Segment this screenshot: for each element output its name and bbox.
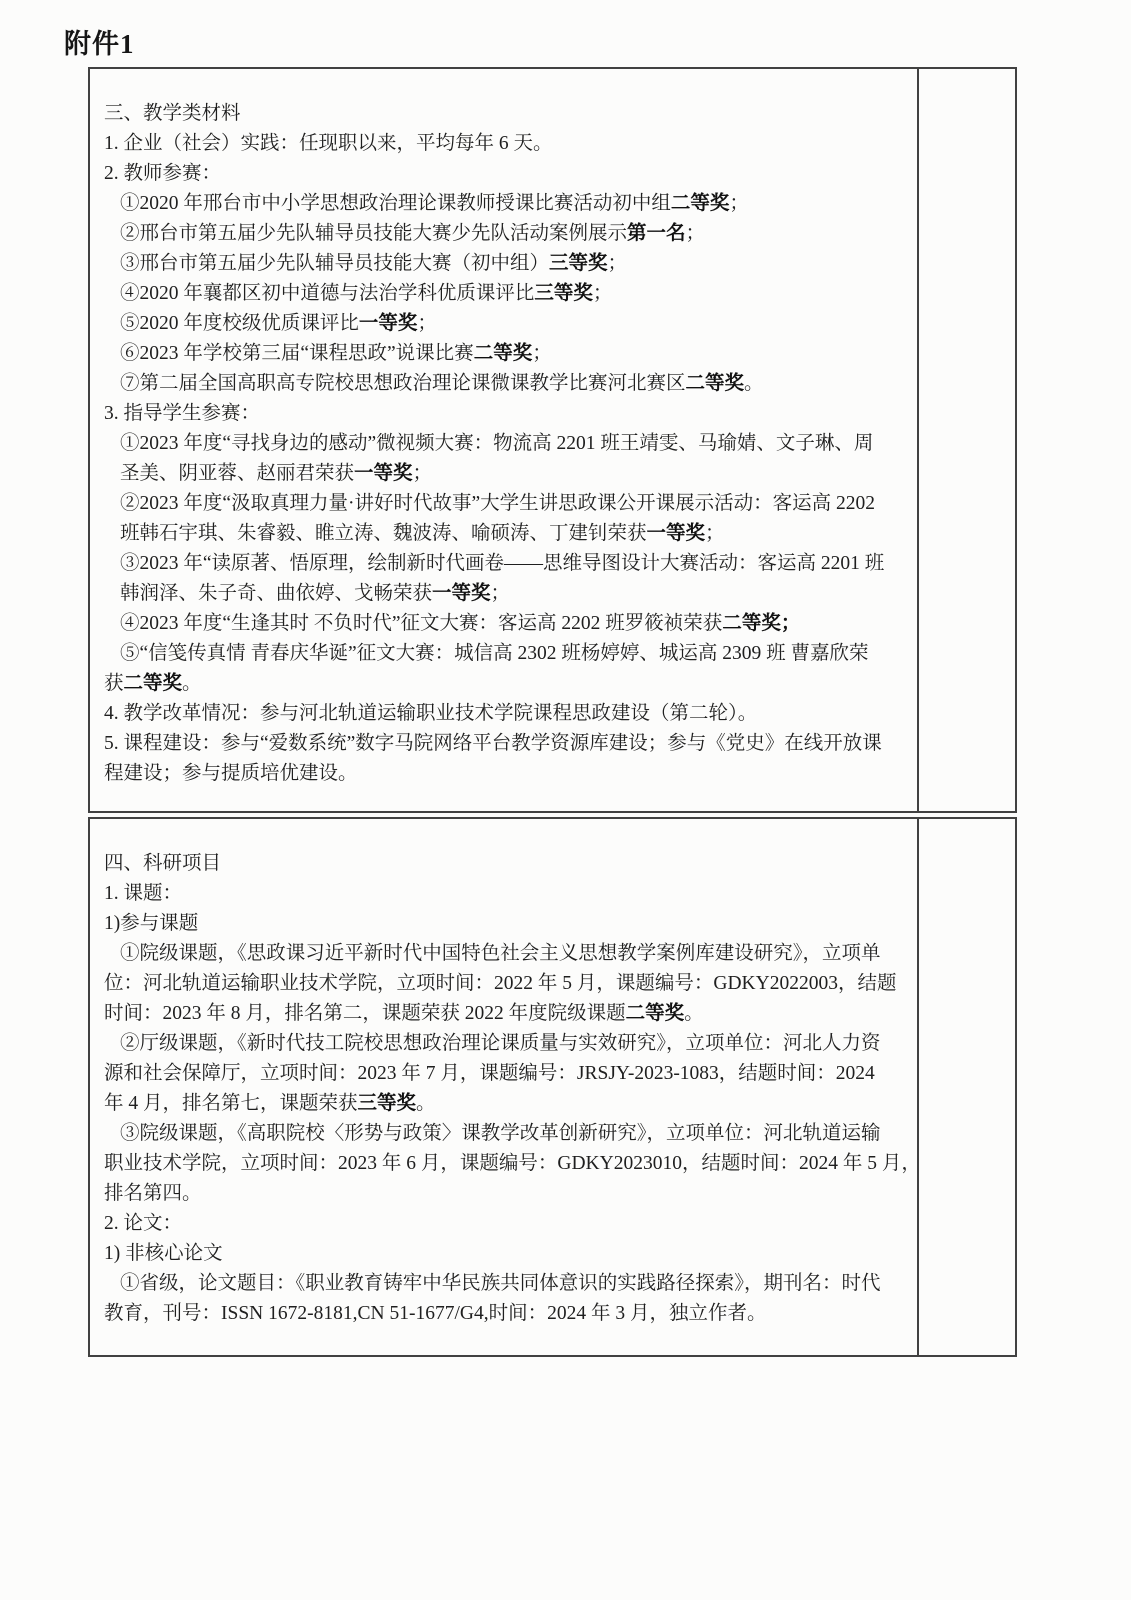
text-segment: 圣美、阴亚蓉、赵丽君荣获 (120, 463, 354, 484)
scanned-document-page: 附件1 三、教学类材料1. 企业（社会）实践：任现职以来，平均每年 6 天。2.… (0, 0, 1131, 1600)
text-line: 教育，刊号：ISSN 1672-8181,CN 51-1677/G4,时间：20… (104, 1299, 909, 1329)
text-segment: 1) 非核心论文 (104, 1243, 223, 1264)
text-segment: 年 4 月，排名第七，课题荣获 (104, 1093, 358, 1114)
text-segment: 4. 教学改革情况：参与河北轨道运输职业技术学院课程思政建设（第二轮）。 (104, 703, 757, 724)
text-line: 时间：2023 年 8 月，排名第二，课题荣获 2022 年度院级课题二等奖。 (104, 999, 909, 1029)
text-segment: 2. 论文： (104, 1213, 182, 1234)
award-text-segment: 二等奖 (474, 343, 533, 364)
text-line: 1. 企业（社会）实践：任现职以来，平均每年 6 天。 (104, 129, 909, 159)
text-segment: 四、科研项目 (104, 853, 221, 874)
award-text-segment: 一等奖 (354, 463, 413, 484)
text-line: 位：河北轨道运输职业技术学院，立项时间：2022 年 5 月，课题编号：GDKY… (104, 969, 909, 999)
text-line: ⑤“信笺传真情 青春庆华诞”征文大赛：城信高 2302 班杨婷婷、城运高 230… (104, 639, 909, 669)
text-line: 韩润泽、朱子奇、曲依婷、戈畅荣获一等奖； (104, 579, 909, 609)
text-segment: ； (608, 253, 628, 274)
text-line: 获二等奖。 (104, 669, 909, 699)
text-segment: 三、教学类材料 (104, 103, 241, 124)
text-segment: 班韩石宇琪、朱睿毅、睢立涛、魏波涛、喻硕涛、丁建钊荣获 (120, 523, 647, 544)
text-segment: 。 (416, 1093, 436, 1114)
text-line: 3. 指导学生参赛： (104, 399, 909, 429)
text-segment: ②厅级课题，《新时代技工院校思想政治理论课质量与实效研究》，立项单位：河北人力资 (120, 1033, 881, 1054)
text-line: 圣美、阴亚蓉、赵丽君荣获一等奖； (104, 459, 909, 489)
text-segment: 1. 企业（社会）实践：任现职以来，平均每年 6 天。 (104, 133, 553, 154)
award-text-segment: 二等奖； (722, 613, 800, 634)
text-segment: 源和社会保障厅，立项时间：2023 年 7 月，课题编号：JRSJY-2023-… (104, 1063, 875, 1084)
text-line: 1. 课题： (104, 879, 909, 909)
text-segment: 教育，刊号：ISSN 1672-8181,CN 51-1677/G4,时间：20… (104, 1303, 766, 1324)
text-segment: 1)参与课题 (104, 913, 198, 934)
text-segment: ； (413, 463, 433, 484)
text-segment: 职业技术学院，立项时间：2023 年 6 月，课题编号：GDKY2023010，… (104, 1153, 919, 1174)
text-line: ③院级课题，《高职院校〈形势与政策〉课教学改革创新研究》，立项单位：河北轨道运输 (104, 1119, 909, 1149)
text-segment: ； (729, 193, 749, 214)
award-text-segment: 三等奖 (358, 1093, 417, 1114)
text-segment: 5. 课程建设：参与“爱数系统”数字马院网络平台教学资源库建设；参与《党史》在线… (104, 733, 882, 754)
text-segment: 。 (182, 673, 202, 694)
text-segment: 2. 教师参赛： (104, 163, 221, 184)
award-text-segment: 一等奖 (647, 523, 706, 544)
text-line: ①院级课题，《思政课习近平新时代中国特色社会主义思想教学案例库建设研究》，立项单 (104, 939, 909, 969)
text-segment: 程建设；参与提质培优建设。 (104, 763, 358, 784)
text-segment: ①2020 年邢台市中小学思想政治理论课教师授课比赛活动初中组 (120, 193, 671, 214)
text-segment: 3. 指导学生参赛： (104, 403, 260, 424)
text-segment: ； (532, 343, 552, 364)
text-segment: ； (686, 223, 706, 244)
text-segment: ； (491, 583, 511, 604)
text-segment: ③2023 年“读原著、悟原理，绘制新时代画卷——思维导图设计大赛活动：客运高 … (120, 553, 884, 574)
award-text-segment: 第一名 (627, 223, 686, 244)
text-segment: ④2020 年襄都区初中道德与法治学科优质课评比 (120, 283, 534, 304)
text-line: 源和社会保障厅，立项时间：2023 年 7 月，课题编号：JRSJY-2023-… (104, 1059, 909, 1089)
attachment-title: 附件1 (64, 22, 135, 61)
text-line: ①2023 年度“寻找身边的感动”微视频大赛：物流高 2201 班王靖雯、马瑜婧… (104, 429, 909, 459)
text-line: ⑤2020 年度校级优质课评比一等奖； (104, 309, 909, 339)
award-text-segment: 一等奖 (432, 583, 491, 604)
text-line: 年 4 月，排名第七，课题荣获三等奖。 (104, 1089, 909, 1119)
award-text-segment: 二等奖 (626, 1003, 685, 1024)
text-segment: 获 (104, 673, 124, 694)
text-segment: 。 (744, 373, 764, 394)
text-segment: ； (417, 313, 437, 334)
text-line: ⑦第二届全国高职高专院校思想政治理论课微课教学比赛河北赛区二等奖。 (104, 369, 909, 399)
award-text-segment: 二等奖 (671, 193, 730, 214)
text-line: 2. 论文： (104, 1209, 909, 1239)
text-segment: 。 (684, 1003, 704, 1024)
text-segment: 排名第四。 (104, 1183, 202, 1204)
text-segment: ⑤“信笺传真情 青春庆华诞”征文大赛：城信高 2302 班杨婷婷、城运高 230… (120, 643, 869, 664)
text-segment: ④2023 年度“生逢其时 不负时代”征文大赛：客运高 2202 班罗筱祯荣获 (120, 613, 722, 634)
text-line: ②邢台市第五届少先队辅导员技能大赛少先队活动案例展示第一名； (104, 219, 909, 249)
text-segment: 时间：2023 年 8 月，排名第二，课题荣获 2022 年度院级课题 (104, 1003, 626, 1024)
text-segment: ； (705, 523, 725, 544)
text-segment: ②2023 年度“汲取真理力量·讲好时代故事”大学生讲思政课公开课展示活动：客运… (120, 493, 875, 514)
text-segment: ； (593, 283, 613, 304)
text-line: ⑥2023 年学校第三届“课程思政”说课比赛二等奖； (104, 339, 909, 369)
text-line: 职业技术学院，立项时间：2023 年 6 月，课题编号：GDKY2023010，… (104, 1149, 909, 1179)
research-projects-empty-side-cell (919, 819, 1015, 1355)
text-line: ①省级，论文题目：《职业教育铸牢中华民族共同体意识的实践路径探索》，期刊名：时代 (104, 1269, 909, 1299)
text-line: 三、教学类材料 (104, 99, 909, 129)
award-text-segment: 二等奖 (686, 373, 745, 394)
text-line: ②厅级课题，《新时代技工院校思想政治理论课质量与实效研究》，立项单位：河北人力资 (104, 1029, 909, 1059)
text-line: 5. 课程建设：参与“爱数系统”数字马院网络平台教学资源库建设；参与《党史》在线… (104, 729, 909, 759)
research-projects-content-cell: 四、科研项目1. 课题：1)参与课题①院级课题，《思政课习近平新时代中国特色社会… (90, 819, 919, 1355)
text-segment: ③院级课题，《高职院校〈形势与政策〉课教学改革创新研究》，立项单位：河北轨道运输 (120, 1123, 881, 1144)
text-line: ③2023 年“读原著、悟原理，绘制新时代画卷——思维导图设计大赛活动：客运高 … (104, 549, 909, 579)
text-segment: ①2023 年度“寻找身边的感动”微视频大赛：物流高 2201 班王靖雯、马瑜婧… (120, 433, 873, 454)
text-segment: ⑥2023 年学校第三届“课程思政”说课比赛 (120, 343, 474, 364)
text-line: 1) 非核心论文 (104, 1239, 909, 1269)
teaching-materials-table: 三、教学类材料1. 企业（社会）实践：任现职以来，平均每年 6 天。2. 教师参… (88, 67, 1017, 813)
text-line: ④2023 年度“生逢其时 不负时代”征文大赛：客运高 2202 班罗筱祯荣获二… (104, 609, 909, 639)
text-segment: ⑦第二届全国高职高专院校思想政治理论课微课教学比赛河北赛区 (120, 373, 686, 394)
award-text-segment: 三等奖 (534, 283, 593, 304)
research-projects-table: 四、科研项目1. 课题：1)参与课题①院级课题，《思政课习近平新时代中国特色社会… (88, 817, 1017, 1357)
text-line: 1)参与课题 (104, 909, 909, 939)
text-line: ④2020 年襄都区初中道德与法治学科优质课评比三等奖； (104, 279, 909, 309)
text-segment: 韩润泽、朱子奇、曲依婷、戈畅荣获 (120, 583, 432, 604)
award-text-segment: 三等奖 (549, 253, 608, 274)
teaching-materials-empty-side-cell (919, 69, 1015, 811)
text-segment: 1. 课题： (104, 883, 182, 904)
text-line: 4. 教学改革情况：参与河北轨道运输职业技术学院课程思政建设（第二轮）。 (104, 699, 909, 729)
text-segment: 位：河北轨道运输职业技术学院，立项时间：2022 年 5 月，课题编号：GDKY… (104, 973, 896, 994)
text-line: ①2020 年邢台市中小学思想政治理论课教师授课比赛活动初中组二等奖； (104, 189, 909, 219)
award-text-segment: 二等奖 (124, 673, 183, 694)
award-text-segment: 一等奖 (359, 313, 418, 334)
text-line: 四、科研项目 (104, 849, 909, 879)
text-line: ②2023 年度“汲取真理力量·讲好时代故事”大学生讲思政课公开课展示活动：客运… (104, 489, 909, 519)
text-line: ③邢台市第五届少先队辅导员技能大赛（初中组）三等奖； (104, 249, 909, 279)
text-line: 2. 教师参赛： (104, 159, 909, 189)
text-segment: ①院级课题，《思政课习近平新时代中国特色社会主义思想教学案例库建设研究》，立项单 (120, 943, 881, 964)
text-line: 班韩石宇琪、朱睿毅、睢立涛、魏波涛、喻硕涛、丁建钊荣获一等奖； (104, 519, 909, 549)
text-line: 排名第四。 (104, 1179, 909, 1209)
text-segment: ①省级，论文题目：《职业教育铸牢中华民族共同体意识的实践路径探索》，期刊名：时代 (120, 1273, 881, 1294)
text-segment: ②邢台市第五届少先队辅导员技能大赛少先队活动案例展示 (120, 223, 627, 244)
teaching-materials-content-cell: 三、教学类材料1. 企业（社会）实践：任现职以来，平均每年 6 天。2. 教师参… (90, 69, 919, 811)
text-segment: ⑤2020 年度校级优质课评比 (120, 313, 359, 334)
text-segment: ③邢台市第五届少先队辅导员技能大赛（初中组） (120, 253, 549, 274)
text-line: 程建设；参与提质培优建设。 (104, 759, 909, 789)
